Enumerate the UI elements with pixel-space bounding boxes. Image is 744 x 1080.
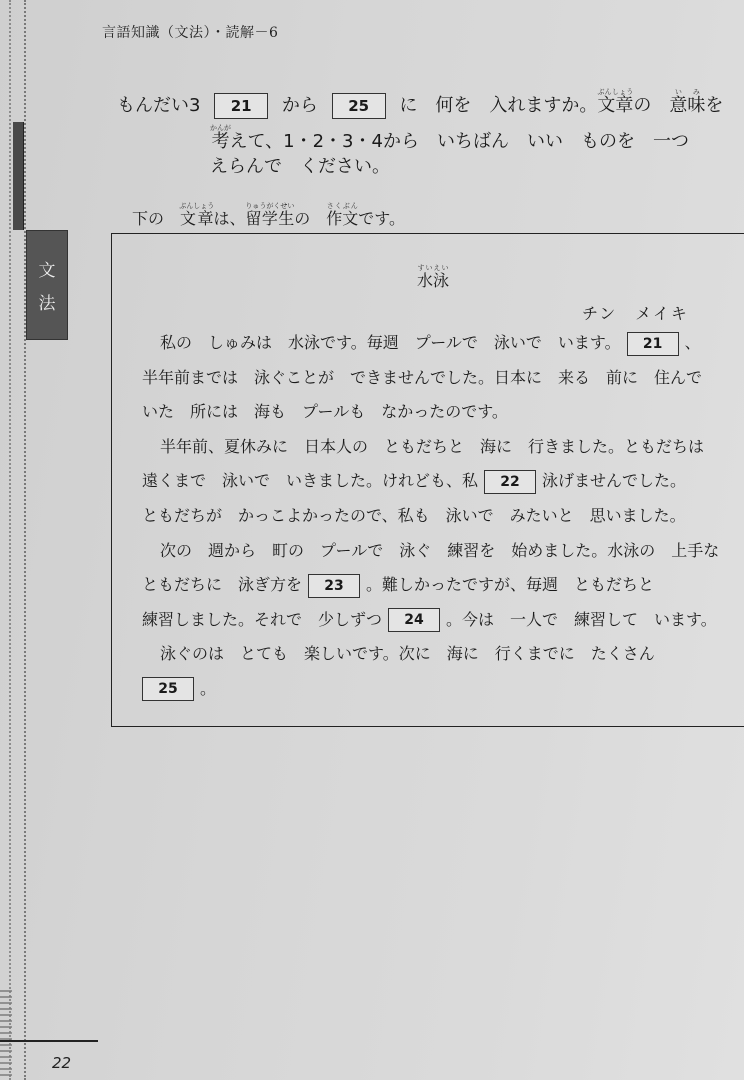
footer-rule [0,1040,98,1042]
essay-line: 遠くまで 泳いで いきました。けれども、私22泳げませんでした。 [142,464,732,499]
edge-tab-strip [13,122,24,230]
ruby-ryuugakusei: 留学生りゅうがくせい [246,209,295,228]
essay-line: 泳ぐのは とても 楽しいです。次に 海に 行くまでに たくさん [142,637,732,672]
essay-author: チン メイキ [582,301,689,324]
text-no-intro: の [294,209,326,228]
ruby-sakubun: 作文さくぶん [326,209,358,228]
essay-line: いた 所には 海も プールも なかったのです。 [142,395,732,430]
passage-intro: 下の 文章ぶんしょうは、留学生りゅうがくせいの 作文さくぶんです。 [132,202,405,229]
essay-title: 水泳すいえい [417,264,449,291]
question-instruction-line-3: えらんで ください。 [210,152,390,178]
side-tab-char-2: 法 [39,289,56,314]
text-wo: を [705,95,723,116]
text-kara: から [282,95,318,116]
essay-line: 練習しました。それで 少しずつ24。今は 一人で 練習して います。 [142,603,732,638]
binding-dots-inner [24,0,26,1080]
ruby-bunshou: 文章ぶんしょう [597,95,633,116]
essay-line: 25。 [142,672,732,707]
page-edge-marks [0,990,12,1080]
question-instruction-line-2: 考かんがえて、1・2・3・4から いちばん いい ものを 一つ [210,124,689,153]
instruction-text-2: えて、1・2・3・4から いちばん いい ものを 一つ [230,131,689,152]
ruby-kangae: 考かんが [210,131,230,152]
question-label: もんだい3 [117,95,200,116]
text-wa: は、 [214,209,246,228]
ruby-bunshou-intro: 文章ぶんしょう [180,209,214,228]
side-tab-char-1: 文 [39,256,56,281]
blank-21: 21 [627,332,679,356]
essay-line: 半年前、夏休みに 日本人の ともだちと 海に 行きました。ともだちは [142,430,732,465]
ruby-imi: 意味いみ [669,95,705,116]
blank-23: 23 [308,574,360,598]
essay-line: 半年前までは 泳ぐことが できませんでした。日本に 来る 前に 住んで [142,361,732,396]
grammar-side-tab: 文 法 [26,230,68,340]
blank-24: 24 [388,608,440,632]
blank-25: 25 [142,677,194,701]
page-number: 22 [52,1054,71,1072]
text-shita-no: 下の [132,209,180,228]
essay-frame: 水泳すいえい チン メイキ 私の しゅみは 水泳です。毎週 プールで 泳いで い… [111,233,744,727]
essay-line: ともだちに 泳ぎ方を23。難しかったですが、毎週 ともだちと [142,568,732,603]
essay-line: 次の 週から 町の プールで 泳ぐ 練習を 始めました。水泳の 上手な [142,534,732,569]
question-instruction-line-1: もんだい3 21 から 25 に 何を 入れますか。文章ぶんしょうの 意味いみを [117,88,723,119]
instruction-text: に 何を 入れますか。 [399,95,597,116]
text-no: の [633,95,669,116]
binding-dots-outer [9,0,11,1080]
essay-line: 私の しゅみは 水泳です。毎週 プールで 泳いで います。21、 [142,326,732,361]
text-desu: です。 [358,209,405,228]
blank-box-end: 25 [332,93,386,119]
blank-22: 22 [484,470,536,494]
essay-body: 私の しゅみは 水泳です。毎週 プールで 泳いで います。21、 半年前までは … [142,326,732,707]
blank-box-start: 21 [214,93,268,119]
essay-line: ともだちが かっこよかったので、私も 泳いで みたいと 思いました。 [142,499,732,534]
section-header: 言語知識（文法）・読解－6 [102,22,278,42]
